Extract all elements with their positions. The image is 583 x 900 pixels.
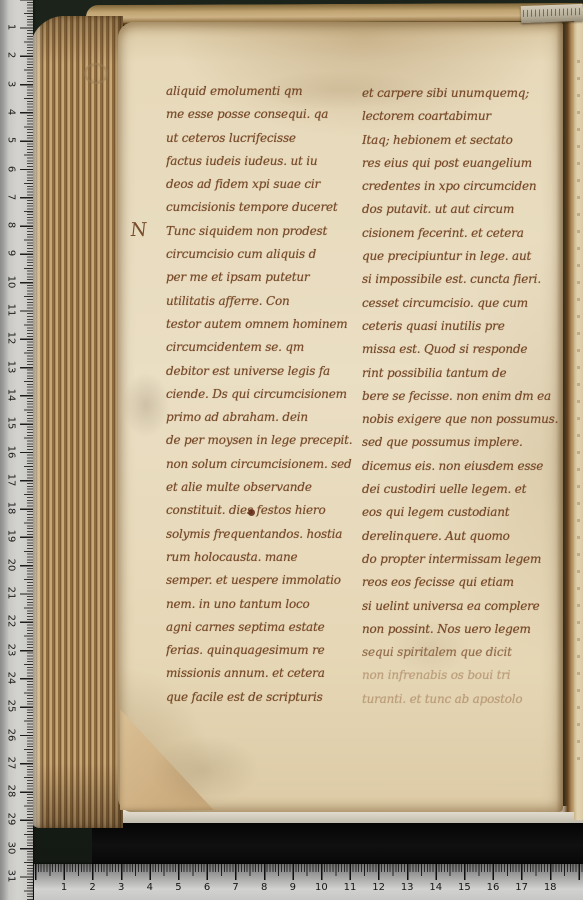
text-line: nobis exigere que non possumus. [362, 408, 562, 431]
text-line: dos putavit. ut aut circum [362, 198, 562, 221]
ruler-number: 30 [5, 840, 17, 855]
ruler-number: 14 [5, 387, 17, 402]
ruler-number: 28 [5, 784, 17, 799]
ruler-number: 20 [5, 557, 17, 572]
text-line: circumcisio cum aliquis d [166, 243, 358, 266]
text-line: turanti. et tunc ab apostolo [362, 688, 562, 711]
ruler-number: 6 [5, 161, 17, 176]
ruler-number: 16 [5, 444, 17, 459]
text-line: deos ad fidem xpi suae cir [166, 173, 358, 196]
text-line: ciende. Ds qui circumcisionem [166, 383, 358, 406]
ruler-number: 16 [485, 882, 501, 894]
text-line: de per moysen in lege precepit. [166, 429, 358, 452]
text-line: dicemus eis. non eiusdem esse [362, 455, 562, 478]
ruler-number: 12 [5, 331, 17, 346]
ruler-number: 25 [5, 699, 17, 714]
text-line: ut ceteros lucrifecisse [166, 127, 358, 150]
ruler-number: 11 [5, 303, 17, 318]
ruler-number: 21 [5, 586, 17, 601]
text-line: que facile est de scripturis [166, 686, 358, 709]
ruler-number: 2 [5, 48, 17, 63]
text-line: me esse posse consequi. qa [166, 103, 358, 126]
text-line: utilitatis afferre. Con [166, 290, 358, 313]
text-line: circumcidentem se. qm [166, 336, 358, 359]
text-line: cumcisionis tempore duceret [166, 196, 358, 219]
ruler-number: 22 [5, 614, 17, 629]
ruler-number: 3 [5, 76, 17, 91]
ruler-number: 1 [5, 20, 17, 35]
text-line: eos qui legem custodiant [362, 501, 562, 524]
centimeter-ticks [35, 864, 583, 880]
ruler-number: 18 [5, 501, 17, 516]
ruler-number: 23 [5, 642, 17, 657]
ruler-number: 24 [5, 670, 17, 685]
ruler-number: 4 [142, 882, 158, 894]
book-cradle [92, 823, 583, 868]
text-line: si uelint universa ea complere [362, 595, 562, 618]
text-line: credentes in xpo circumciden [362, 175, 562, 198]
text-line: testor autem omnem hominem [166, 313, 358, 336]
text-line: do propter intermissam legem [362, 548, 562, 571]
ruler-number: 11 [342, 882, 358, 894]
text-line: reos eos fecisse qui etiam [362, 571, 562, 594]
facing-page-text-traces [577, 60, 580, 760]
text-line: derelinquere. Aut quomo [362, 525, 562, 548]
text-line: que precipiuntur in lege. aut [362, 245, 562, 268]
text-line: Tunc siquidem non prodest [166, 220, 358, 243]
ruler-number: 5 [5, 133, 17, 148]
ruler-number: 9 [5, 246, 17, 261]
ruler-number: 6 [199, 882, 215, 894]
ruler-number: 7 [228, 882, 244, 894]
ruler-number: 26 [5, 727, 17, 742]
text-line: non infrenabis os boui tri [362, 664, 562, 687]
ruler-number: 7 [5, 189, 17, 204]
page-stain [122, 372, 170, 438]
text-line: agni carnes septima estate [166, 616, 358, 639]
gutter-shadow [556, 22, 576, 812]
text-column-right: et carpere sibi unumquemq;lectorem coart… [362, 82, 562, 716]
text-line: lectorem coartabimur [362, 105, 562, 128]
vertical-ruler: 1234567891011121314151617181920212223242… [0, 0, 33, 900]
text-line: aliquid emolumenti qm [166, 80, 358, 103]
text-line: missionis annum. et cetera [166, 662, 358, 685]
text-line: sequi spiritalem que dicit [362, 641, 562, 664]
text-line: non possint. Nos uero legem [362, 618, 562, 641]
text-line: Itaq; hebionem et sectato [362, 129, 562, 152]
ruler-number: 15 [5, 416, 17, 431]
ruler-number: 3 [113, 882, 129, 894]
text-line: rint possibilia tantum de [362, 362, 562, 385]
text-line: factus iudeis iudeus. ut iu [166, 150, 358, 173]
top-ruler-fragment [521, 4, 583, 23]
text-line: ferias. quinquagesimum re [166, 639, 358, 662]
text-line: et alie multe observande [166, 476, 358, 499]
ruler-number: 31 [5, 869, 17, 884]
ruler-number: 1 [56, 882, 72, 894]
ruler-number: 10 [313, 882, 329, 894]
page-stain [150, 735, 260, 805]
text-line: nem. in uno tantum loco [166, 593, 358, 616]
centimeter-ticks [20, 0, 33, 900]
text-line: cesset circumcisio. que cum [362, 292, 562, 315]
text-line: missa est. Quod si responde [362, 338, 562, 361]
ruler-number: 9 [285, 882, 301, 894]
text-line: si impossibile est. cuncta fieri. [362, 268, 562, 291]
text-line: primo ad abraham. dein [166, 406, 358, 429]
ruler-number: 18 [542, 882, 558, 894]
ruler-number: 5 [170, 882, 186, 894]
ruler-number: 17 [5, 472, 17, 487]
text-line: rum holocausta. mane [166, 546, 358, 569]
text-column-left: aliquid emolumenti qmme esse posse conse… [166, 80, 358, 714]
ruler-number: 10 [5, 274, 17, 289]
ruler-number: 15 [456, 882, 472, 894]
ring-stain [84, 63, 108, 84]
text-line: debitor est universe legis fa [166, 360, 358, 383]
ruler-number: 13 [5, 359, 17, 374]
ink-dot [248, 509, 255, 516]
text-line: res eius qui post euangelium [362, 152, 562, 175]
text-line: per me et ipsam putetur [166, 266, 358, 289]
ruler-number: 19 [5, 529, 17, 544]
text-line: solymis frequentandos. hostia [166, 523, 358, 546]
manuscript-photo: aliquid emolumenti qmme esse posse conse… [0, 0, 583, 900]
text-line: sed que possumus implere. [362, 431, 562, 454]
text-line: cisionem fecerint. et cetera [362, 222, 562, 245]
text-line: non solum circumcisionem. sed [166, 453, 358, 476]
text-line: dei custodiri uelle legem. et [362, 478, 562, 501]
page-edges-stack [30, 16, 123, 828]
ruler-number: 8 [256, 882, 272, 894]
text-line: constituit. dies festos hiero [166, 499, 358, 522]
ruler-number: 4 [5, 104, 17, 119]
ruler-number: 14 [428, 882, 444, 894]
ruler-ticks [19, 0, 33, 900]
ruler-number: 8 [5, 218, 17, 233]
text-line: ceteris quasi inutilis pre [362, 315, 562, 338]
ruler-number: 27 [5, 755, 17, 770]
ruler-number: 13 [399, 882, 415, 894]
ruler-number: 2 [85, 882, 101, 894]
text-line: semper. et uespere immolatio [166, 569, 358, 592]
text-line: bere se fecisse. non enim dm ea [362, 385, 562, 408]
ruler-number: 12 [371, 882, 387, 894]
nota-monogram: N [129, 219, 154, 245]
ruler-ticks [523, 8, 581, 17]
ruler-number: 29 [5, 812, 17, 827]
horizontal-ruler: 123456789101112131415161718 [34, 864, 583, 900]
ruler-number: 17 [514, 882, 530, 894]
text-line: et carpere sibi unumquemq; [362, 82, 562, 105]
